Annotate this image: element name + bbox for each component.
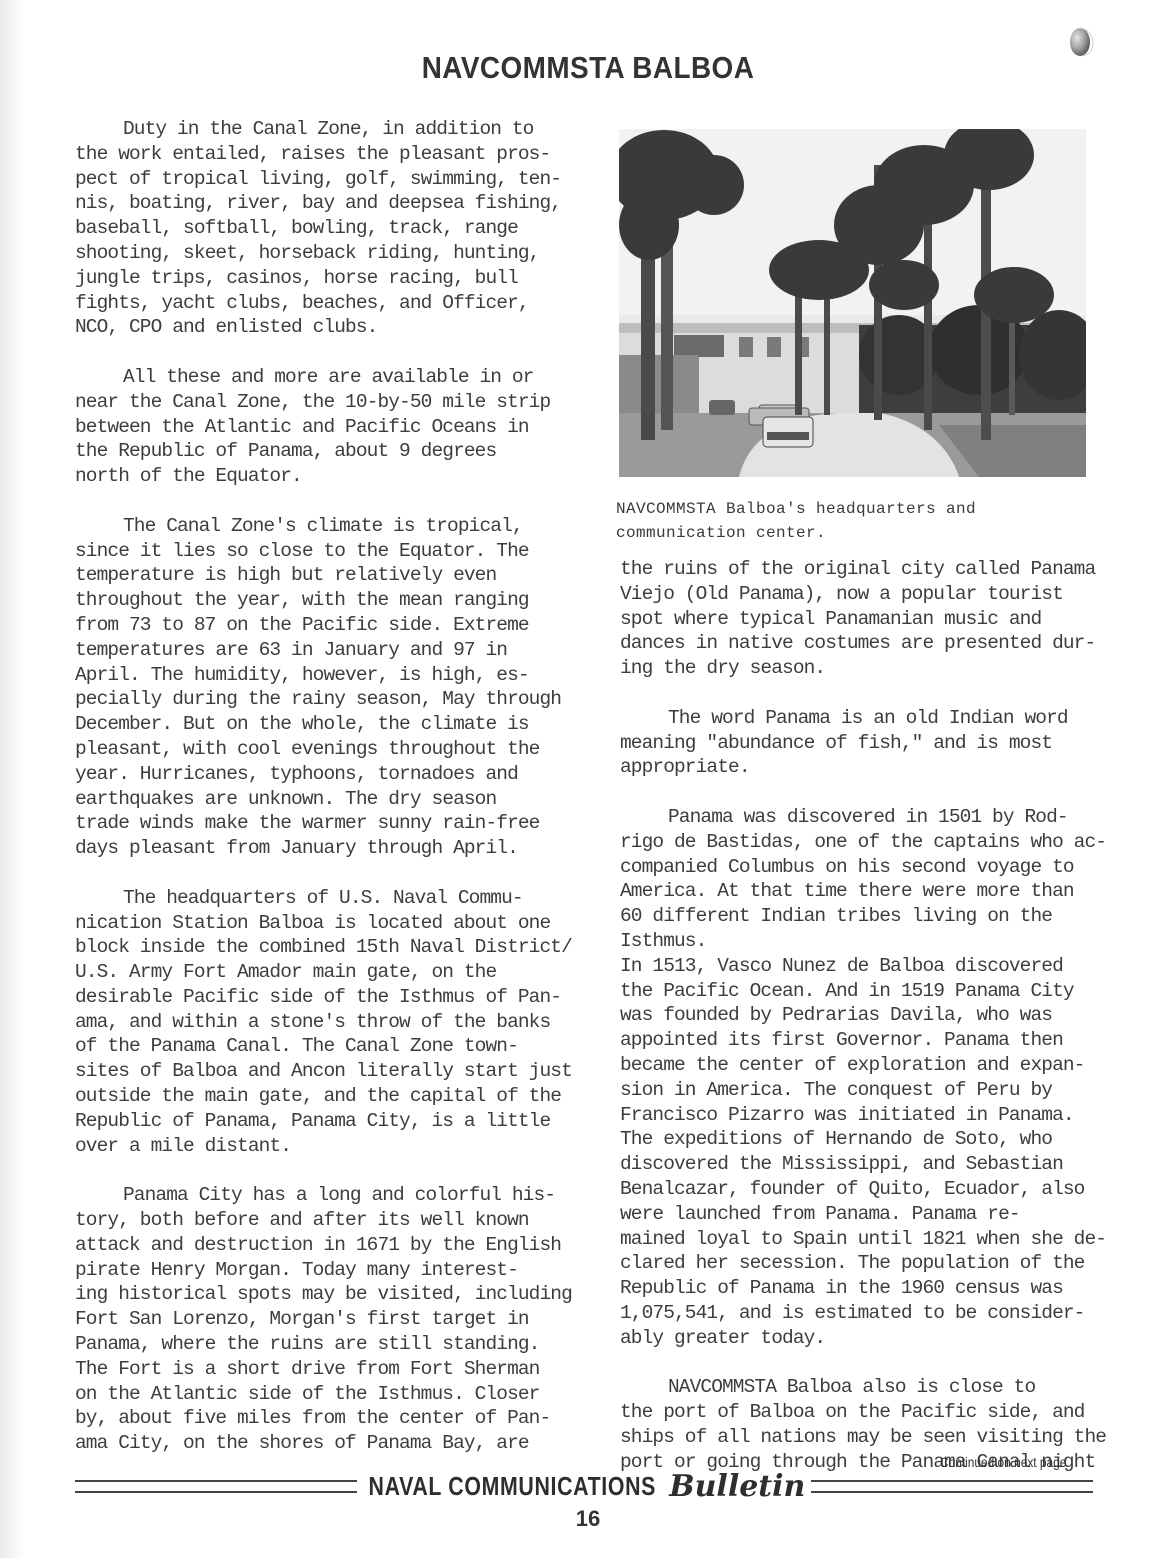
- page-title: NAVCOMMSTA BALBOA: [59, 50, 1117, 86]
- paragraph-climate: The Canal Zone's climate is tropical, si…: [75, 514, 580, 861]
- footer-rule-right: [811, 1480, 1093, 1493]
- paragraph-headquarters: The headquarters of U.S. Naval Commu- ni…: [75, 886, 580, 1159]
- page-number: 16: [0, 1506, 1176, 1532]
- paragraph-location: All these and more are available in or n…: [75, 365, 580, 489]
- palm-trees-building-image: [619, 125, 1086, 477]
- scan-edge-shadow: [0, 0, 24, 1558]
- footer-masthead: NAVAL COMMUNICATIONS Bulletin: [75, 1466, 1093, 1506]
- paragraph-word-panama: The word Panama is an old Indian word me…: [620, 706, 1110, 780]
- headquarters-photo: [619, 125, 1086, 477]
- publication-name: NAVAL COMMUNICATIONS: [368, 1471, 656, 1502]
- document-page: NAVCOMMSTA BALBOA Duty in the Canal Zone…: [0, 0, 1176, 1558]
- paragraph-discovery-history: Panama was discovered in 1501 by Rod- ri…: [620, 805, 1110, 1351]
- right-column: the ruins of the original city called Pa…: [620, 557, 1110, 1499]
- photo-caption: NAVCOMMSTA Balboa's headquarters and com…: [616, 497, 1096, 545]
- paragraph-recreation: Duty in the Canal Zone, in addition to t…: [75, 117, 580, 340]
- paragraph-panama-viejo: the ruins of the original city called Pa…: [620, 557, 1110, 681]
- publication-script-name: Bulletin: [669, 1469, 805, 1504]
- footer-rule-left: [75, 1480, 357, 1493]
- paragraph-panama-city-history: Panama City has a long and colorful his-…: [75, 1183, 580, 1456]
- left-column: Duty in the Canal Zone, in addition to t…: [75, 117, 580, 1481]
